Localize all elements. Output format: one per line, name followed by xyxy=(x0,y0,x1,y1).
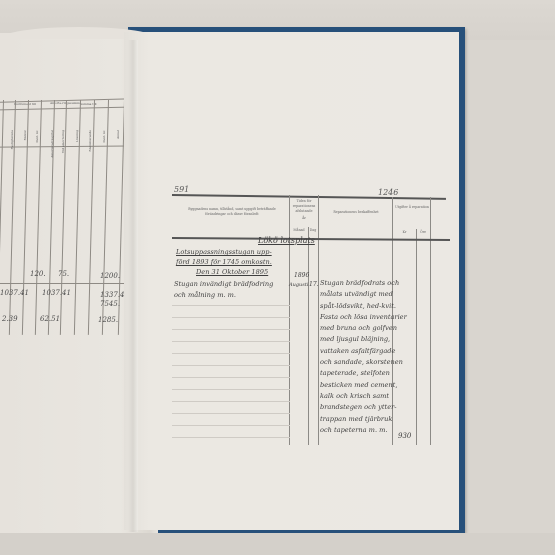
entry-date-line: Den 31 Oktober 1895 xyxy=(196,268,268,276)
entry-cost: 930 xyxy=(398,432,411,440)
entry-subheading: förd 1893 för 1745 omkostn. xyxy=(176,258,272,266)
column-divider xyxy=(318,195,319,445)
ruled-line xyxy=(172,389,290,390)
cell-value: 2.39 xyxy=(2,315,18,323)
remarks-line: besticken med cement, xyxy=(320,380,407,391)
cell-value: 1037.41 xyxy=(0,289,29,297)
header-cost: Utgifter å reparation xyxy=(393,205,431,210)
left-ledger-table: Instrument till Amorte-ringssumma Summa … xyxy=(0,100,130,335)
cell-value: 1200. xyxy=(100,272,120,280)
remarks-line: brandstegen och ytter- xyxy=(320,402,407,413)
entry-day: 17. xyxy=(309,281,319,288)
remarks-line: och tapeterna m. m. xyxy=(320,425,407,436)
ruled-line xyxy=(172,401,290,402)
column-header: Lösning xyxy=(75,130,79,142)
remarks-line: vattaken asfaltfärgade xyxy=(320,346,407,357)
ruled-line xyxy=(172,425,290,426)
column-divider xyxy=(308,227,309,445)
header-day: Dag xyxy=(308,228,318,233)
table-surface xyxy=(0,533,555,555)
column-header: Fastighetens xyxy=(10,130,14,149)
table-rule xyxy=(0,283,125,284)
column-header: Räntebärande xyxy=(88,130,92,152)
group-header: Instrument till xyxy=(14,102,36,106)
remarks-text: Stugan brädfodrats och målats utvändigt … xyxy=(320,278,407,436)
header-year: År xyxy=(290,216,318,221)
remarks-line: och sandade, skorstenen xyxy=(320,357,407,368)
column-header: Pant- kr. xyxy=(35,130,39,143)
ruled-line xyxy=(172,329,290,330)
remarks-line: spåt-lödsvikt, hed-kvit. xyxy=(320,301,407,312)
remarks-line: målats utvändigt med xyxy=(320,289,407,300)
ruled-line xyxy=(172,353,290,354)
column-divider xyxy=(430,197,431,445)
ruled-line xyxy=(172,317,290,318)
entry-month: Augusti xyxy=(289,282,308,288)
table-rule xyxy=(0,145,132,147)
book-gutter xyxy=(128,40,138,532)
header-date-group: Tiden för reparationens afslutande xyxy=(290,199,318,214)
cell-value: 1285. xyxy=(98,316,118,324)
page-number-right: 1246 xyxy=(378,188,398,197)
cell-value: 1037.41 xyxy=(42,289,71,297)
column-divider xyxy=(416,229,417,445)
page-number-left: 591 xyxy=(174,185,189,194)
entry-year: 1896 xyxy=(294,272,309,279)
column-header: Vid amortering xyxy=(61,130,65,153)
ruled-line xyxy=(172,377,290,378)
column-header: Amorterad kapital xyxy=(50,130,54,158)
header-cost-kr: Kr xyxy=(393,230,416,235)
entry-body: Stugan invändigt brädfodring xyxy=(174,280,273,288)
entry-body: och målning m. m. xyxy=(174,291,236,299)
header-description: Byggnadens namn, tillstånd, samt uppgift… xyxy=(178,207,286,217)
cell-value: 120. xyxy=(30,270,46,278)
remarks-line: Stugan brädfodrats och xyxy=(320,278,407,289)
column-header: Annat xyxy=(116,130,120,139)
column-header: Räntor xyxy=(23,130,27,141)
header-cost-ore: Öre xyxy=(416,230,430,235)
remarks-line: Fasta och lösa inventarier xyxy=(320,312,407,323)
ledger-form: 591 1246 Byggnadens namn, tillstånd, sam… xyxy=(172,185,450,445)
remarks-line: med bruna och golfven xyxy=(320,323,407,334)
ruled-line xyxy=(172,437,290,438)
ruled-line xyxy=(172,305,290,306)
header-month: Månad xyxy=(290,228,308,233)
cell-value: 62.51 xyxy=(40,315,60,323)
ruled-line xyxy=(172,365,290,366)
remarks-line: med ljusgul bläjning, xyxy=(320,334,407,345)
remarks-line: kalk och krisch samt xyxy=(320,391,407,402)
cell-value: 75. xyxy=(58,270,69,278)
entry-subheading: Lotsuppassningsstugan upp- xyxy=(176,248,272,256)
remarks-line: trappan med tjärbruk xyxy=(320,414,407,425)
remarks-line: tapeterade, stelfoten xyxy=(320,368,407,379)
header-remarks: Reparationens beskaffenhet xyxy=(320,210,392,215)
cell-value: 7545. xyxy=(100,300,120,308)
column-header: Pant- kr. xyxy=(102,130,106,143)
ruled-line xyxy=(172,413,290,414)
ruled-line xyxy=(172,341,290,342)
place-heading: Lökö lotsplats xyxy=(258,236,315,245)
